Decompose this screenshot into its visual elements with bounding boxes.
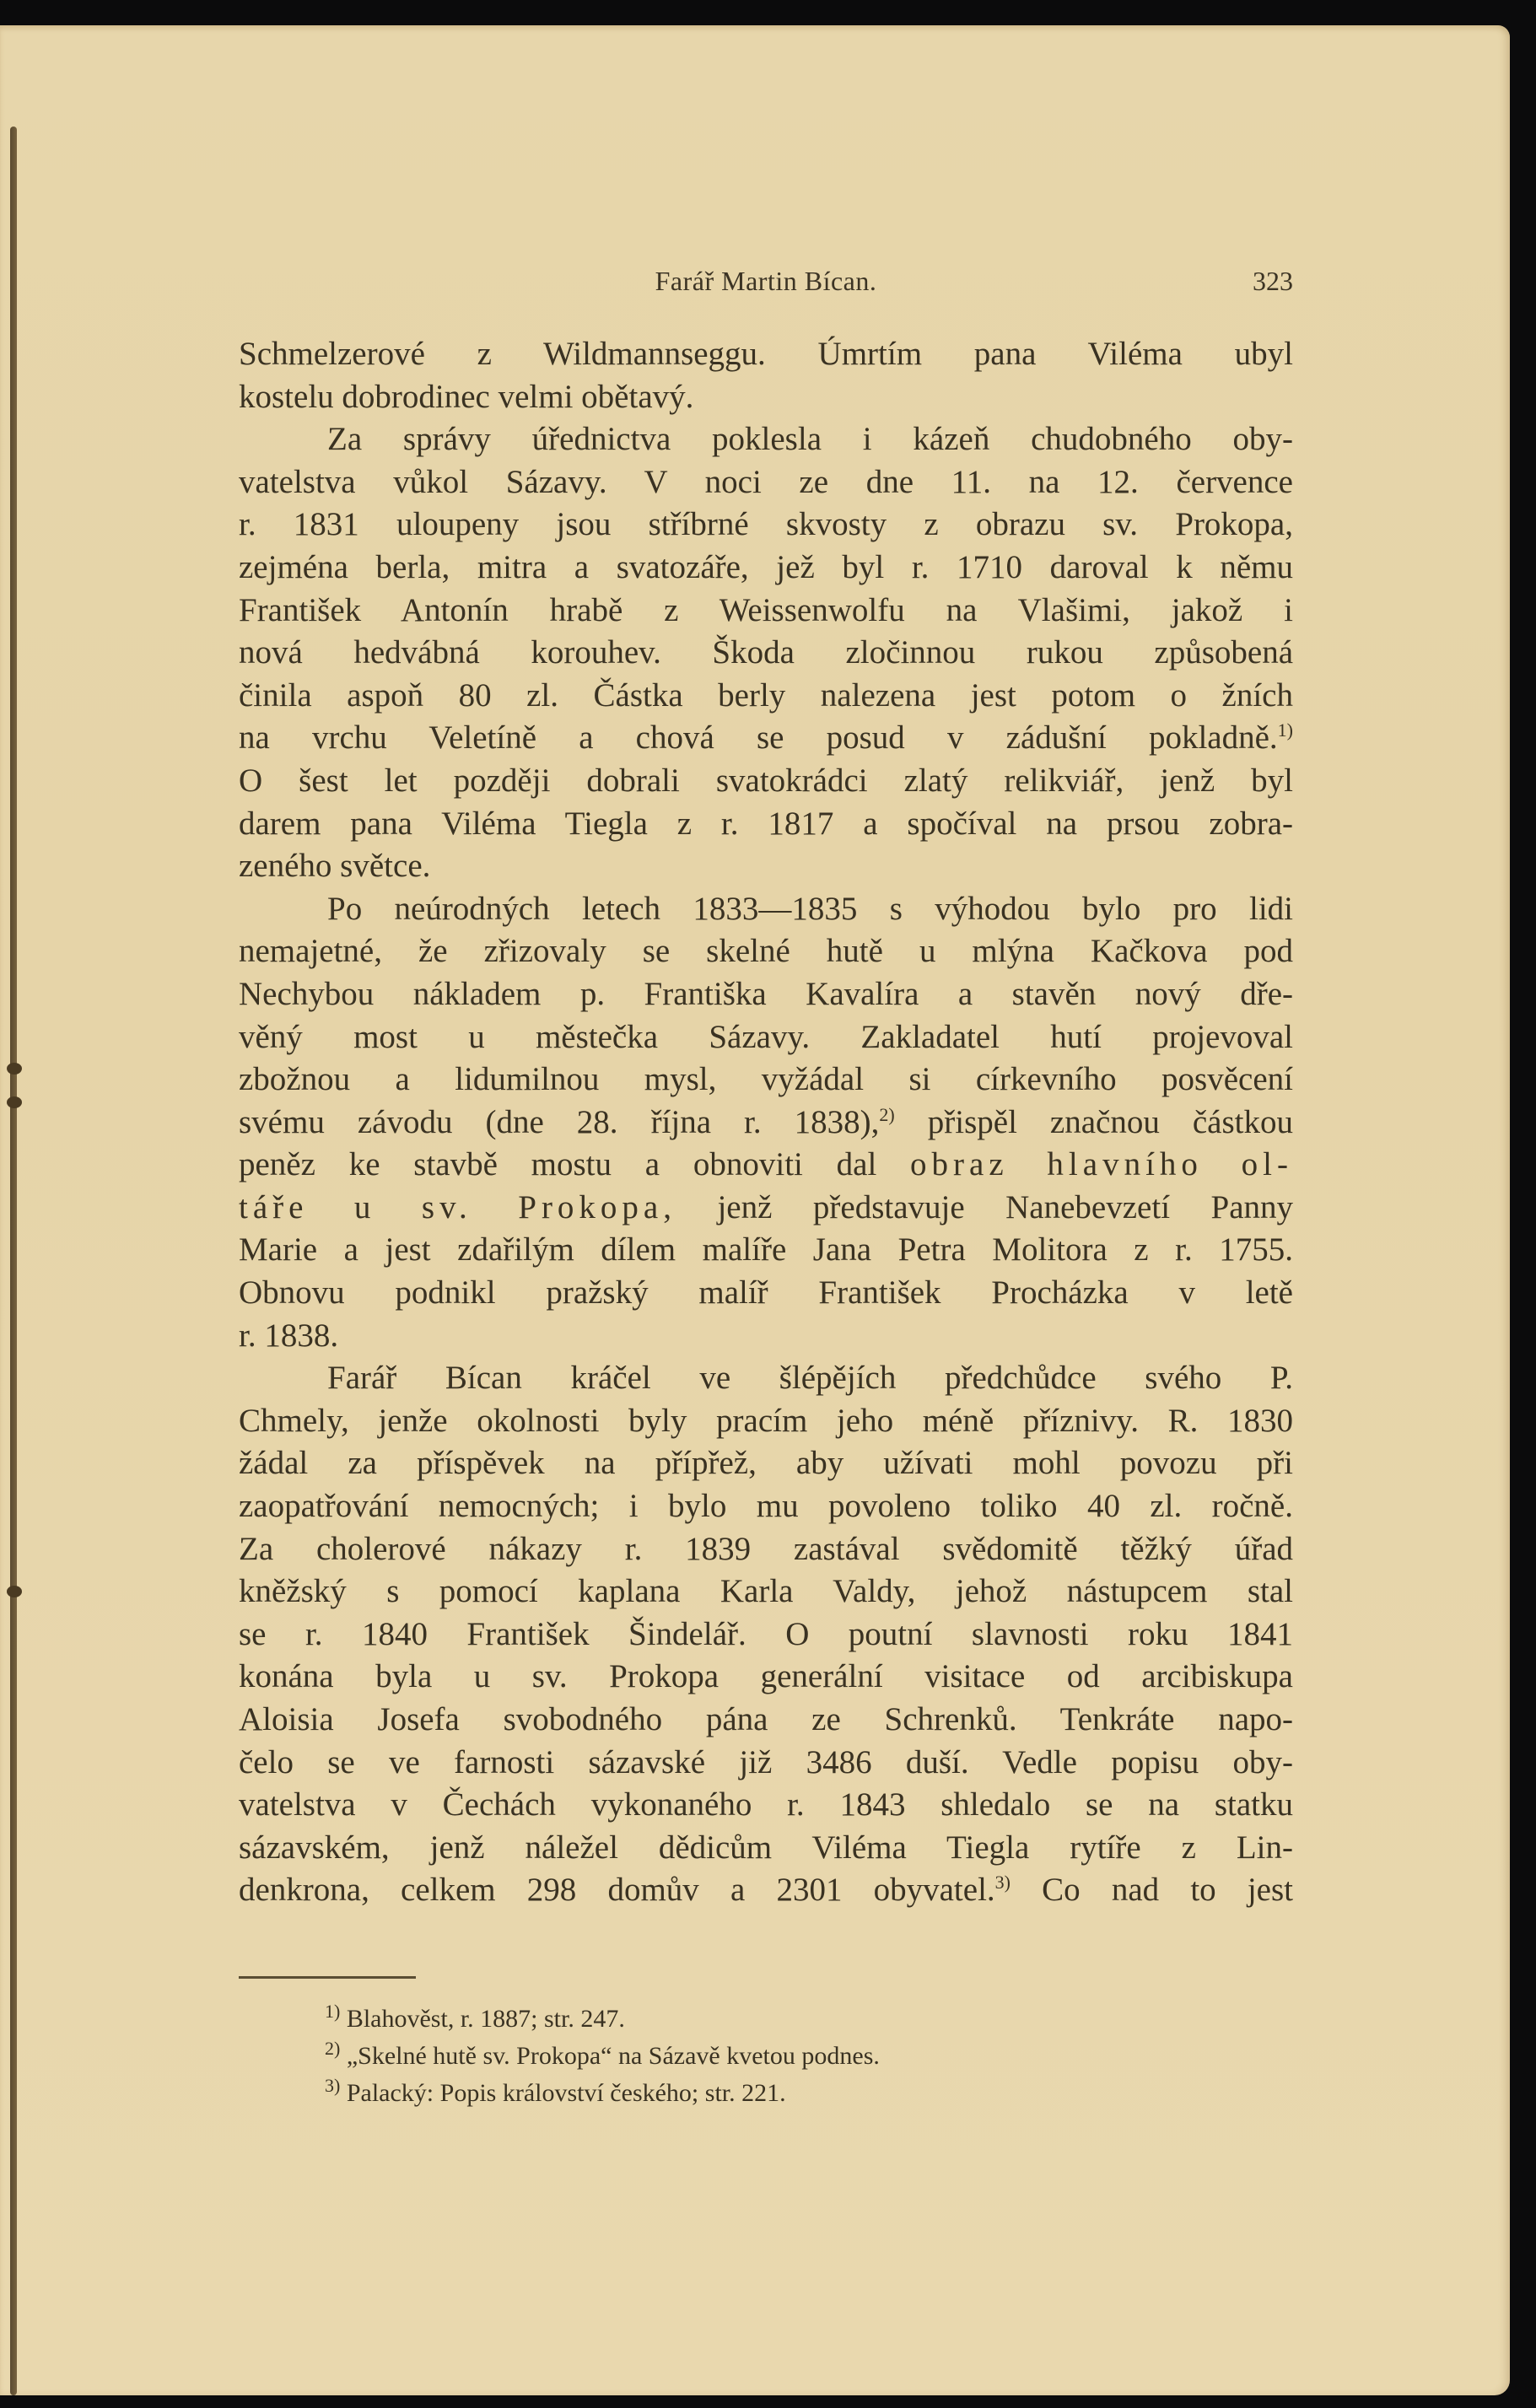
footnote-divider	[239, 1976, 416, 1979]
text-segment: peněz ke stavbě mostu a obnoviti dal	[239, 1146, 910, 1182]
running-head: Farář Martin Bícan. 323	[239, 266, 1293, 299]
text-segment: denkrona, celkem 298 domův a 2301 obyvat…	[239, 1872, 995, 1908]
text-line: žádal za příspěvek na přípřež, aby užíva…	[239, 1442, 1293, 1485]
text-line: kostelu dobrodinec velmi obětavý.	[239, 376, 1293, 419]
text-line: peněz ke stavbě mostu a obnoviti dal obr…	[239, 1144, 1293, 1187]
text-line: Farář Bícan kráčel ve šlépějích předchůd…	[239, 1357, 1293, 1400]
text-line: sázavském, jenž náležel dědicům Viléma T…	[239, 1827, 1293, 1870]
text-segment: na vrchu Veletíně a chová se posud v zád…	[239, 719, 1278, 756]
text-line: r. 1831 uloupeny jsou stříbrné skvosty z…	[239, 504, 1293, 547]
text-line: vatelstva v Čechách vykonaného r. 1843 s…	[239, 1784, 1293, 1827]
text-line: darem pana Viléma Tiegla z r. 1817 a spo…	[239, 803, 1293, 846]
footnote-2: 2) „Skelné hutě sv. Prokopa“ na Sázavě k…	[325, 2038, 880, 2075]
text-line: se r. 1840 František Šindelář. O poutní …	[239, 1613, 1293, 1657]
text-line: denkrona, celkem 298 domův a 2301 obyvat…	[239, 1869, 1293, 1912]
text-line: O šest let později dobrali svatokrádci z…	[239, 760, 1293, 803]
text-segment: svému závodu (dne 28. října r. 1838),	[239, 1104, 879, 1140]
footnote-marker: 2)	[325, 2038, 340, 2059]
text-segment: přispěl značnou částkou	[895, 1104, 1293, 1140]
text-line: Schmelzerové z Wildmannseggu. Úmrtím pan…	[239, 333, 1293, 376]
footnote-text: Blahověst, r. 1887; str. 247.	[347, 2005, 625, 2033]
text-line: věný most u městečka Sázavy. Zakladatel …	[239, 1016, 1293, 1059]
text-line: Za správy úřednictva poklesla i kázeň ch…	[239, 418, 1293, 461]
text-line: vatelstva vůkol Sázavy. V noci ze dne 11…	[239, 461, 1293, 504]
text-line: Po neúrodných letech 1833—1835 s výhodou…	[239, 888, 1293, 931]
text-line: zbožnou a lidumilnou mysl, vyžádal si cí…	[239, 1059, 1293, 1102]
binding-notch	[7, 1063, 22, 1075]
text-line: nemajetné, že zřizovaly se skelné hutě u…	[239, 930, 1293, 973]
text-line: kněžský s pomocí kaplana Karla Valdy, je…	[239, 1570, 1293, 1613]
text-line: nová hedvábná korouhev. Škoda zločinnou …	[239, 632, 1293, 675]
text-line: zaopatřování nemocných; i bylo mu povole…	[239, 1485, 1293, 1528]
footnote-ref-3[interactable]: 3)	[995, 1872, 1011, 1893]
text-segment: jenž představuje Nanebevzetí Panny	[676, 1189, 1293, 1226]
text-segment: Co nad to jest	[1011, 1872, 1293, 1908]
footnote-ref-2[interactable]: 2)	[879, 1104, 894, 1125]
text-line: zejména berla, mitra a svatozáře, jež by…	[239, 547, 1293, 590]
text-line: konána byla u sv. Prokopa generální visi…	[239, 1656, 1293, 1699]
binding-notch	[7, 1586, 22, 1597]
footnote-3: 3) Palacký: Popis království českého; st…	[325, 2075, 880, 2112]
text-line: František Antonín hrabě z Weissenwolfu n…	[239, 590, 1293, 633]
text-line: táře u sv. Prokopa, jenž představuje Nan…	[239, 1187, 1293, 1230]
emphasized-text: táře u sv. Prokopa,	[239, 1189, 676, 1226]
page-number: 323	[1253, 266, 1293, 297]
text-line: r. 1838.	[239, 1315, 1293, 1358]
body-text: Schmelzerové z Wildmannseggu. Úmrtím pan…	[239, 333, 1293, 1912]
text-line: Za cholerové nákazy r. 1839 zastával svě…	[239, 1528, 1293, 1571]
text-line: zeného světce.	[239, 845, 1293, 888]
text-line: Nechybou nákladem p. Františka Kavalíra …	[239, 973, 1293, 1016]
text-line: Marie a jest zdařilým dílem malíře Jana …	[239, 1229, 1293, 1272]
footnote-marker: 1)	[325, 2001, 340, 2022]
emphasized-text: obraz hlavního ol-	[910, 1146, 1293, 1182]
text-line: činila aspoň 80 zl. Částka berly nalezen…	[239, 675, 1293, 718]
text-line: na vrchu Veletíně a chová se posud v zád…	[239, 717, 1293, 760]
footnote-1: 1) Blahověst, r. 1887; str. 247.	[325, 2001, 880, 2038]
footnote-marker: 3)	[325, 2075, 340, 2096]
footnotes: 1) Blahověst, r. 1887; str. 247. 2) „Ske…	[325, 2001, 880, 2112]
footnote-text: „Skelné hutě sv. Prokopa“ na Sázavě kvet…	[347, 2042, 880, 2070]
binding-notch	[7, 1096, 22, 1108]
text-line: Aloisia Josefa svobodného pána ze Schren…	[239, 1699, 1293, 1742]
footnote-ref-1[interactable]: 1)	[1278, 719, 1293, 741]
text-line: Chmely, jenže okolnosti byly pracím jeho…	[239, 1400, 1293, 1443]
text-line: svému závodu (dne 28. října r. 1838),2) …	[239, 1102, 1293, 1145]
footnote-text: Palacký: Popis království českého; str. …	[347, 2079, 786, 2107]
text-line: Obnovu podnikl pražský malíř František P…	[239, 1272, 1293, 1315]
running-title: Farář Martin Bícan.	[239, 266, 1293, 297]
binding-edge	[10, 127, 17, 2395]
text-line: čelo se ve farnosti sázavské již 3486 du…	[239, 1742, 1293, 1785]
